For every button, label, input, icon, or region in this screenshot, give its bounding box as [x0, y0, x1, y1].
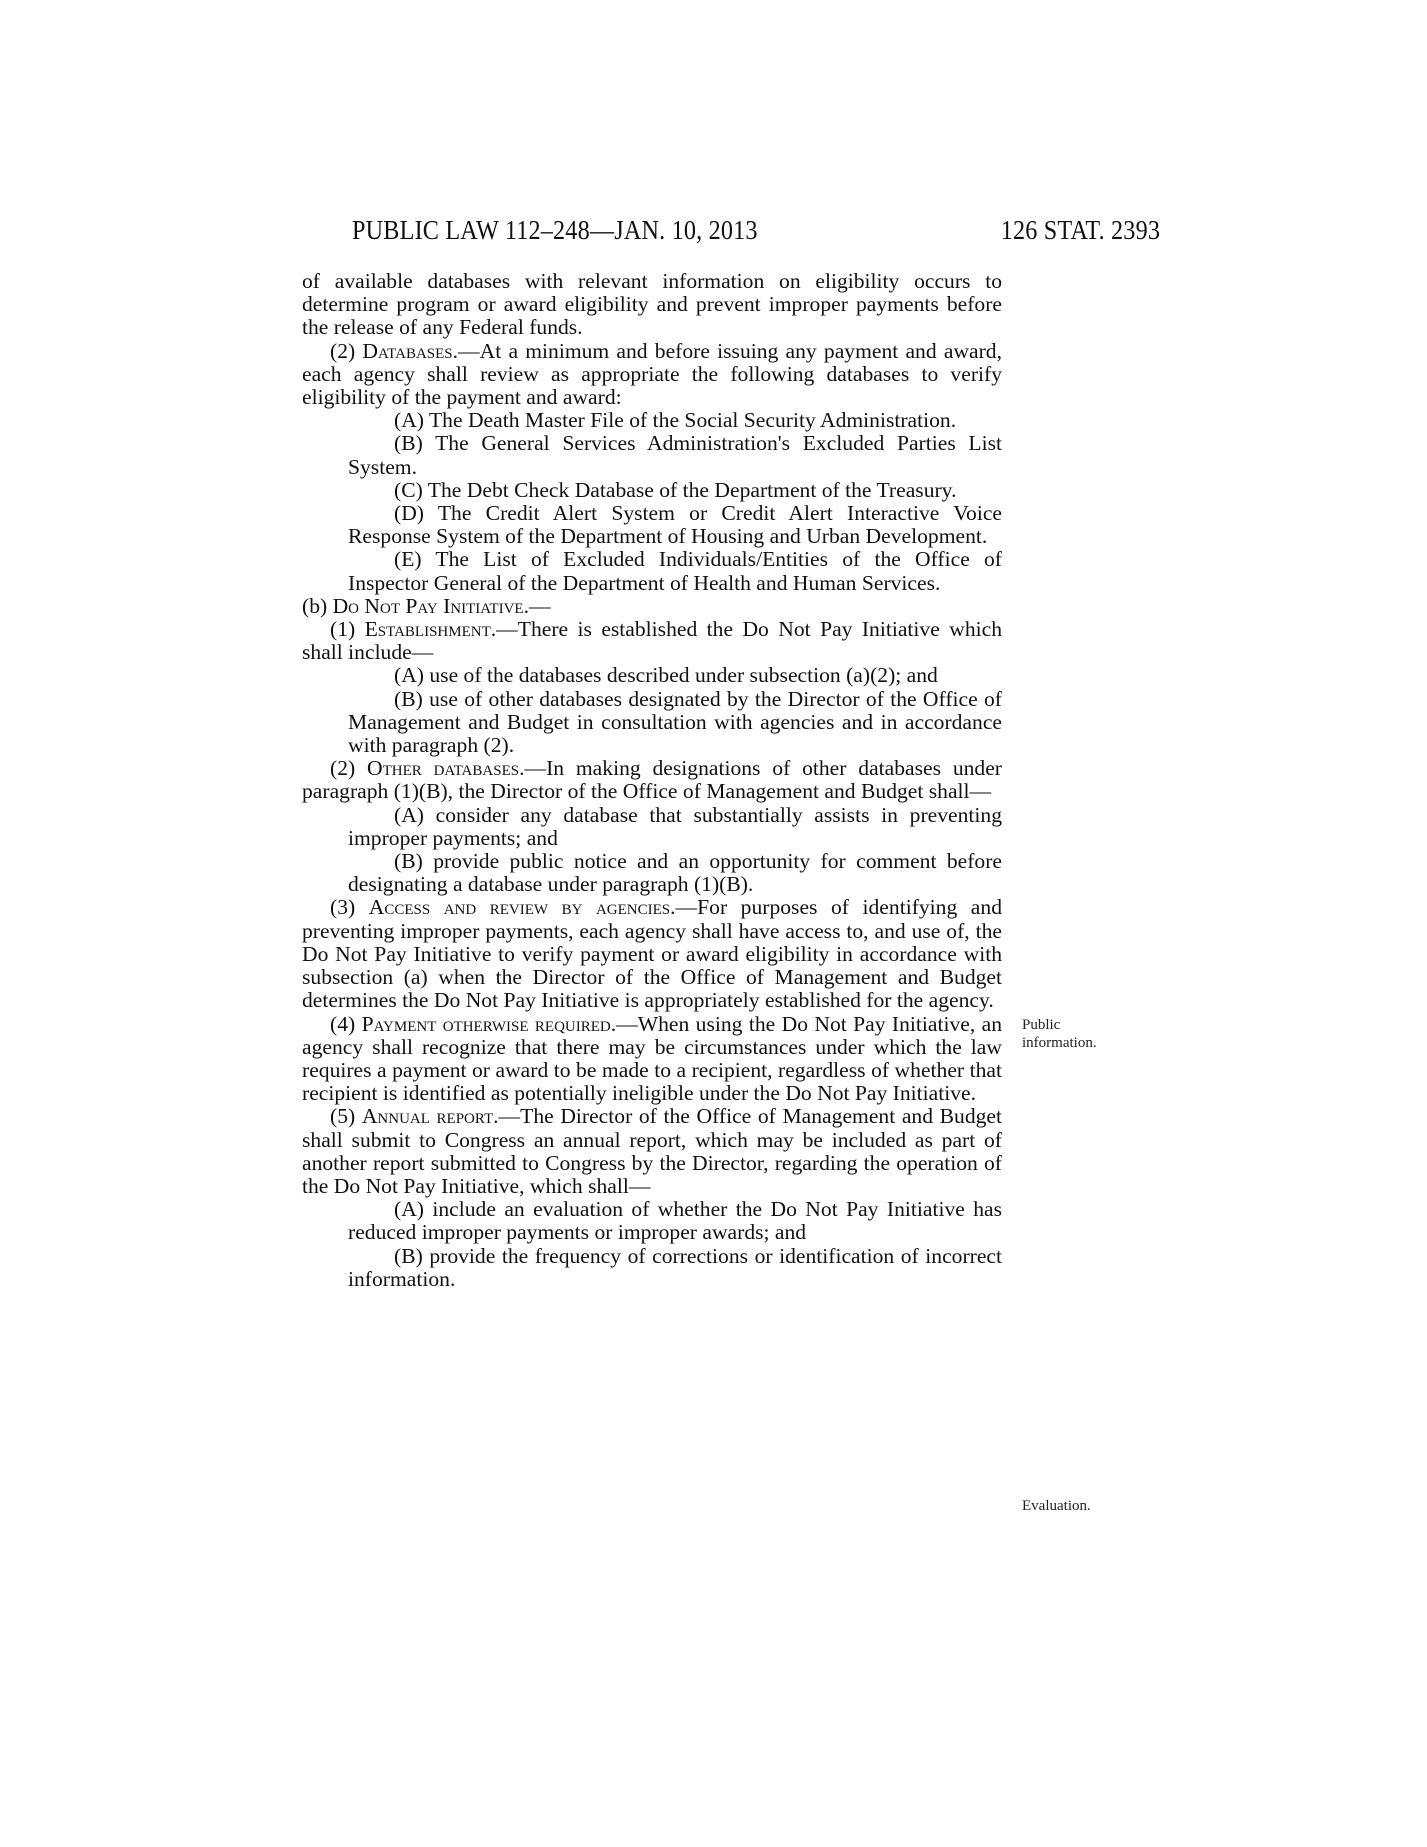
statute-paragraph: (B) provide public notice and an opportu…: [302, 850, 1002, 896]
statute-paragraph: (1) Establishment.—There is established …: [302, 618, 1002, 664]
statute-paragraph: of available databases with relevant inf…: [302, 270, 1002, 340]
paragraph-text: The General Services Administration's Ex…: [348, 431, 1002, 478]
margin-note-line: Public: [1022, 1016, 1097, 1034]
paragraph-heading: Databases.: [362, 339, 458, 363]
paragraph-heading: Access and review by agencies.: [369, 895, 676, 919]
statute-paragraph: (D) The Credit Alert System or Credit Al…: [302, 502, 1002, 548]
statute-paragraph: (5) Annual report.—The Director of the O…: [302, 1105, 1002, 1198]
statute-paragraph: (2) Other databases.—In making designati…: [302, 757, 1002, 803]
statute-paragraph: (b) Do Not Pay Initiative.—: [302, 595, 1002, 618]
paragraph-text: The List of Excluded Individuals/Entitie…: [348, 547, 1002, 594]
paragraph-label: (B): [394, 687, 429, 711]
paragraph-label: (3): [330, 895, 369, 919]
paragraph-label: (B): [394, 431, 435, 455]
paragraph-label: (A): [394, 803, 436, 827]
statute-paragraph: (C) The Debt Check Database of the Depar…: [302, 479, 1002, 502]
statute-body-text: of available databases with relevant inf…: [302, 270, 1002, 1291]
paragraph-text: —: [529, 594, 551, 618]
paragraph-label: (2): [330, 339, 362, 363]
paragraph-heading: Annual report.: [362, 1104, 499, 1128]
statute-paragraph: (A) The Death Master File of the Social …: [302, 409, 1002, 432]
paragraph-label: (A): [394, 663, 429, 687]
statute-paragraph: (A) consider any database that substanti…: [302, 804, 1002, 850]
paragraph-label: (C): [394, 478, 428, 502]
statute-paragraph: (A) use of the databases described under…: [302, 664, 1002, 687]
paragraph-text: provide public notice and an opportunity…: [348, 849, 1002, 896]
running-header: PUBLIC LAW 112–248—JAN. 10, 2013 126 STA…: [352, 214, 1160, 250]
paragraph-label: (2): [330, 756, 367, 780]
paragraph-text: The Debt Check Database of the Departmen…: [428, 478, 957, 502]
margin-note-public-information: Public information.: [1022, 1016, 1097, 1052]
paragraph-label: (1): [330, 617, 365, 641]
paragraph-text: include an evaluation of whether the Do …: [348, 1197, 1002, 1244]
paragraph-text: provide the frequency of corrections or …: [348, 1244, 1002, 1291]
statute-paragraph: (2) Databases.—At a minimum and before i…: [302, 340, 1002, 410]
paragraph-text: The Death Master File of the Social Secu…: [429, 408, 956, 432]
paragraph-text: consider any database that substantially…: [348, 803, 1002, 850]
paragraph-label: (A): [394, 408, 429, 432]
statute-paragraph: (4) Payment otherwise required.—When usi…: [302, 1013, 1002, 1106]
statute-paragraph: (3) Access and review by agencies.—For p…: [302, 896, 1002, 1012]
statute-page: PUBLIC LAW 112–248—JAN. 10, 2013 126 STA…: [0, 0, 1427, 1847]
paragraph-label: (5): [330, 1104, 362, 1128]
paragraph-heading: Other databases.: [367, 756, 524, 780]
paragraph-text: The Credit Alert System or Credit Alert …: [348, 501, 1002, 548]
law-citation-header: PUBLIC LAW 112–248—JAN. 10, 2013: [352, 214, 758, 246]
paragraph-heading: Establishment.: [365, 617, 497, 641]
paragraph-label: (B): [394, 1244, 429, 1268]
margin-note-line: information.: [1022, 1034, 1097, 1052]
paragraph-label: (D): [394, 501, 438, 525]
statute-paragraph: (E) The List of Excluded Individuals/Ent…: [302, 548, 1002, 594]
paragraph-text: of available databases with relevant inf…: [302, 269, 1002, 339]
statute-page-number: 126 STAT. 2393: [1001, 214, 1160, 246]
paragraph-heading: Payment otherwise required.: [362, 1012, 617, 1036]
paragraph-heading: Do Not Pay Initiative.: [333, 594, 529, 618]
statute-paragraph: (B) provide the frequency of corrections…: [302, 1245, 1002, 1291]
paragraph-label: (B): [394, 849, 433, 873]
paragraph-label: (E): [394, 547, 435, 571]
margin-note-evaluation: Evaluation.: [1022, 1497, 1091, 1515]
statute-paragraph: (A) include an evaluation of whether the…: [302, 1198, 1002, 1244]
statute-paragraph: (B) use of other databases designated by…: [302, 688, 1002, 758]
paragraph-label: (4): [330, 1012, 362, 1036]
paragraph-text: use of the databases described under sub…: [429, 663, 937, 687]
paragraph-label: (b): [302, 594, 333, 618]
paragraph-label: (A): [394, 1197, 432, 1221]
paragraph-text: use of other databases designated by the…: [348, 687, 1002, 757]
statute-paragraph: (B) The General Services Administration'…: [302, 432, 1002, 478]
